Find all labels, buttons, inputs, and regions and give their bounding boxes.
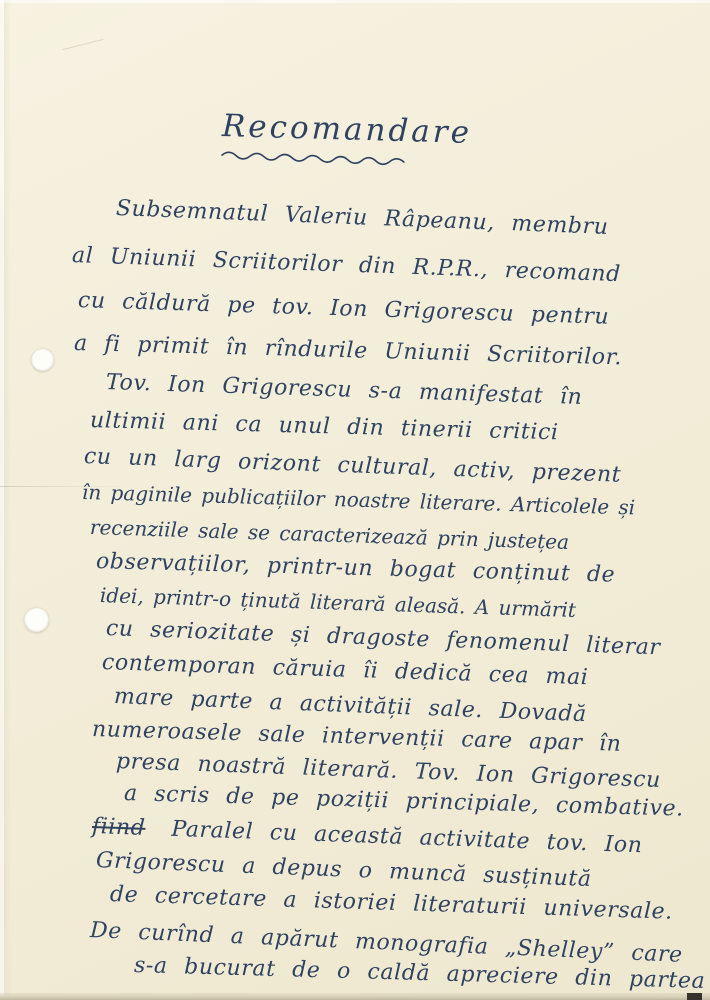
handwritten-line: Subsemnatul Valeriu Râpeanu, membru — [116, 196, 609, 240]
handwritten-line: a fi primit în rîndurile Uniunii Scriito… — [74, 331, 623, 370]
handwritten-line: în paginile publicațiilor noastre litera… — [82, 480, 636, 519]
title-underline — [220, 148, 410, 171]
handwritten-line: contemporan căruia îi dedică cea mai — [102, 650, 589, 690]
handwritten-line: ultimii ani ca unul din tinerii critici — [90, 408, 559, 445]
punch-hole-top — [31, 349, 54, 372]
handwritten-line: recenziile sale se caracterizează prin j… — [90, 515, 570, 554]
handwritten-line: cu căldură pe tov. Ion Grigorescu pentru — [78, 288, 610, 330]
scan-edge-top — [0, 0, 710, 3]
handwritten-line: cu un larg orizont cultural, activ, prez… — [84, 444, 622, 488]
handwritten-line: Tov. Ion Grigorescu s-a manifestat în — [106, 370, 583, 410]
document-title: Recomandare — [221, 108, 472, 151]
handwritten-line: al Uniunii Scriitorilor din R.P.R., reco… — [72, 243, 622, 287]
paper-scratch — [63, 39, 104, 50]
scan-edge-left — [0, 0, 4, 1000]
struck-word: fiind — [92, 814, 146, 841]
handwritten-line: observațiilor, printr-un bogat conținut … — [96, 549, 616, 588]
scan-edge-bottom — [0, 993, 710, 1000]
scan-edge-mark — [687, 993, 702, 1000]
paper-sheet: Recomandare Subsemnatul Valeriu Râpeanu,… — [0, 0, 710, 1000]
handwritten-line: idei, printr-o ținută literară aleasă. A… — [100, 583, 577, 622]
punch-hole-bottom — [24, 608, 49, 633]
line-text: Paralel cu această activitate tov. Ion — [171, 817, 643, 858]
